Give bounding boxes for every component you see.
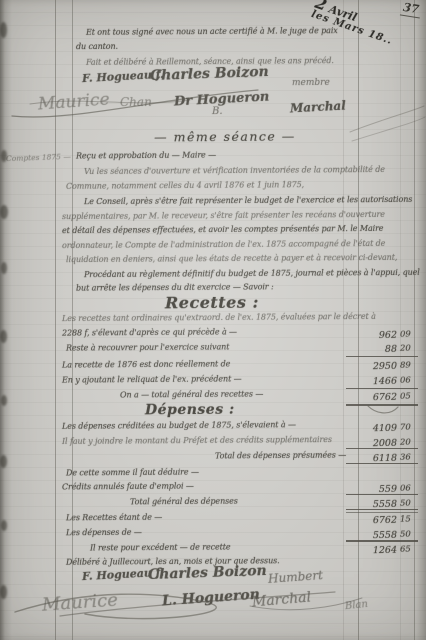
handwritten-line: but arrête les dépenses du dit exercice … (76, 282, 274, 292)
total-rule (346, 388, 418, 389)
total-rule (346, 512, 418, 513)
handwritten-line: Total des dépenses présumées — (215, 451, 346, 461)
ink-blot (1, 520, 7, 531)
amount-centimes: 06 (400, 375, 414, 386)
handwritten-line: De cette somme il faut déduire — (66, 468, 199, 478)
handwritten-line: Les dépenses de — (66, 528, 142, 538)
recettes-heading: Recettes : (165, 293, 259, 313)
handwritten-line: liquidation en deniers, ainsi que les ét… (66, 253, 397, 264)
amount-row: 676215 (352, 514, 414, 526)
ink-blot (0, 205, 8, 219)
handwritten-line: du canton. (76, 42, 118, 51)
ink-blot (0, 330, 7, 343)
ink-blot (1, 150, 7, 162)
amount-francs: 6762 (373, 392, 397, 403)
amount-francs: 1466 (373, 376, 397, 387)
amount-row: 126465 (352, 544, 414, 556)
total-rule (346, 509, 418, 510)
amount-centimes: 05 (400, 391, 414, 402)
handwritten-line: En y ajoutant le reliquat de l'ex. précé… (62, 374, 242, 384)
total-rule (346, 494, 418, 495)
amount-row: 410970 (352, 422, 414, 434)
signature: B. (212, 106, 223, 117)
total-rule (346, 404, 418, 406)
handwritten-line: Les dépenses créditées au budget de 1875… (62, 420, 296, 431)
handwritten-line: La recette de 1876 est donc réellement d… (62, 359, 230, 369)
handwritten-line: 2288 f, s'élevant d'après ce qui précède… (62, 327, 237, 337)
amount-francs: 88 (385, 344, 397, 355)
ink-blot (0, 22, 7, 38)
page-number: 37 (400, 0, 422, 18)
handwritten-line: Le Conseil, après s'être fait représente… (84, 195, 412, 206)
margin-note: Comptes 1875 — (6, 152, 71, 163)
amount-francs: 6762 (373, 515, 397, 526)
handwritten-line: Et ont tous signé avec nous un acte cert… (86, 26, 338, 37)
handwritten-line: Il reste pour excédent — de recette (90, 543, 231, 553)
amount-row: 96209 (352, 329, 414, 341)
ink-blot (0, 455, 7, 468)
handwritten-line: On a — total général des recettes — (120, 390, 263, 400)
signature: Blan (344, 599, 368, 612)
amount-centimes: 09 (400, 329, 414, 340)
signature: Marchal (290, 99, 346, 116)
amount-row: 295089 (352, 360, 414, 372)
amount-row: 146606 (352, 375, 414, 387)
amount-francs: 962 (379, 330, 397, 341)
amount-row-total: 676205 (352, 391, 414, 403)
date-annotation: 2 Avril les Mars 18.. (310, 0, 400, 47)
total-rule (346, 463, 418, 464)
signature: membre (292, 78, 330, 88)
handwritten-line: Reçu et approbation du — Maire — (76, 151, 216, 161)
handwritten-line: Il faut y joindre le montant du Préfet e… (62, 435, 332, 446)
ink-blot (1, 262, 7, 274)
total-rule (346, 356, 418, 357)
total-rule (346, 448, 418, 449)
amount-centimes: 65 (400, 544, 414, 555)
handwritten-line: Les recettes tant ordinaires qu'extraord… (62, 312, 376, 323)
amount-centimes: 70 (400, 422, 414, 433)
handwritten-line: supplémentaires, par M. le receveur, s'ê… (62, 210, 385, 221)
handwritten-line: Crédits annulés faute d'emploi — (62, 482, 194, 492)
amount-francs: 2950 (373, 361, 397, 372)
total-rule (346, 540, 418, 542)
amount-centimes: 89 (400, 360, 414, 371)
amount-row: 8820 (352, 343, 414, 355)
amount-centimes: 15 (400, 514, 414, 525)
handwritten-line: Commune, notamment celles du 4 avril 187… (66, 180, 304, 191)
ink-blot (1, 395, 7, 406)
signature-flourish: Maurice (41, 589, 118, 615)
handwritten-line: Vu les séances d'ouverture et vérificati… (84, 165, 385, 176)
depenses-heading: Dépenses : (145, 402, 235, 419)
signature: Charles Boizon (148, 563, 267, 583)
ink-blot (0, 585, 7, 599)
handwritten-line: Les Recettes étant de — (66, 513, 162, 523)
amount-francs: 4109 (373, 423, 397, 434)
handwritten-line: Procédant au règlement définitif du budg… (84, 268, 420, 279)
signature: Humbert (268, 568, 324, 586)
handwritten-line: Total général des dépenses (130, 497, 238, 507)
handwritten-line: Reste à recouvrer pour l'exercice suivan… (66, 342, 229, 352)
scanned-register-page: 37 2 Avril les Mars 18.. Et ont tous sig… (0, 0, 426, 640)
signature-flourish: Maurice (37, 90, 110, 115)
signature: L. Hogueron (162, 587, 261, 610)
signature: Charles Boizon (150, 64, 269, 84)
amount-francs: 1264 (373, 545, 397, 556)
ledger-rule-amount-right (414, 0, 415, 640)
handwritten-line: ordonnateur, le Compte de l'administrati… (62, 239, 385, 250)
handwritten-line: et détail des dépenses effectuées, et av… (62, 224, 383, 235)
signature-flourish: Chan (120, 95, 152, 109)
section-heading-meme-seance: — même séance — (150, 128, 300, 144)
signature: Marchal (251, 589, 311, 610)
amount-centimes: 20 (400, 343, 414, 354)
